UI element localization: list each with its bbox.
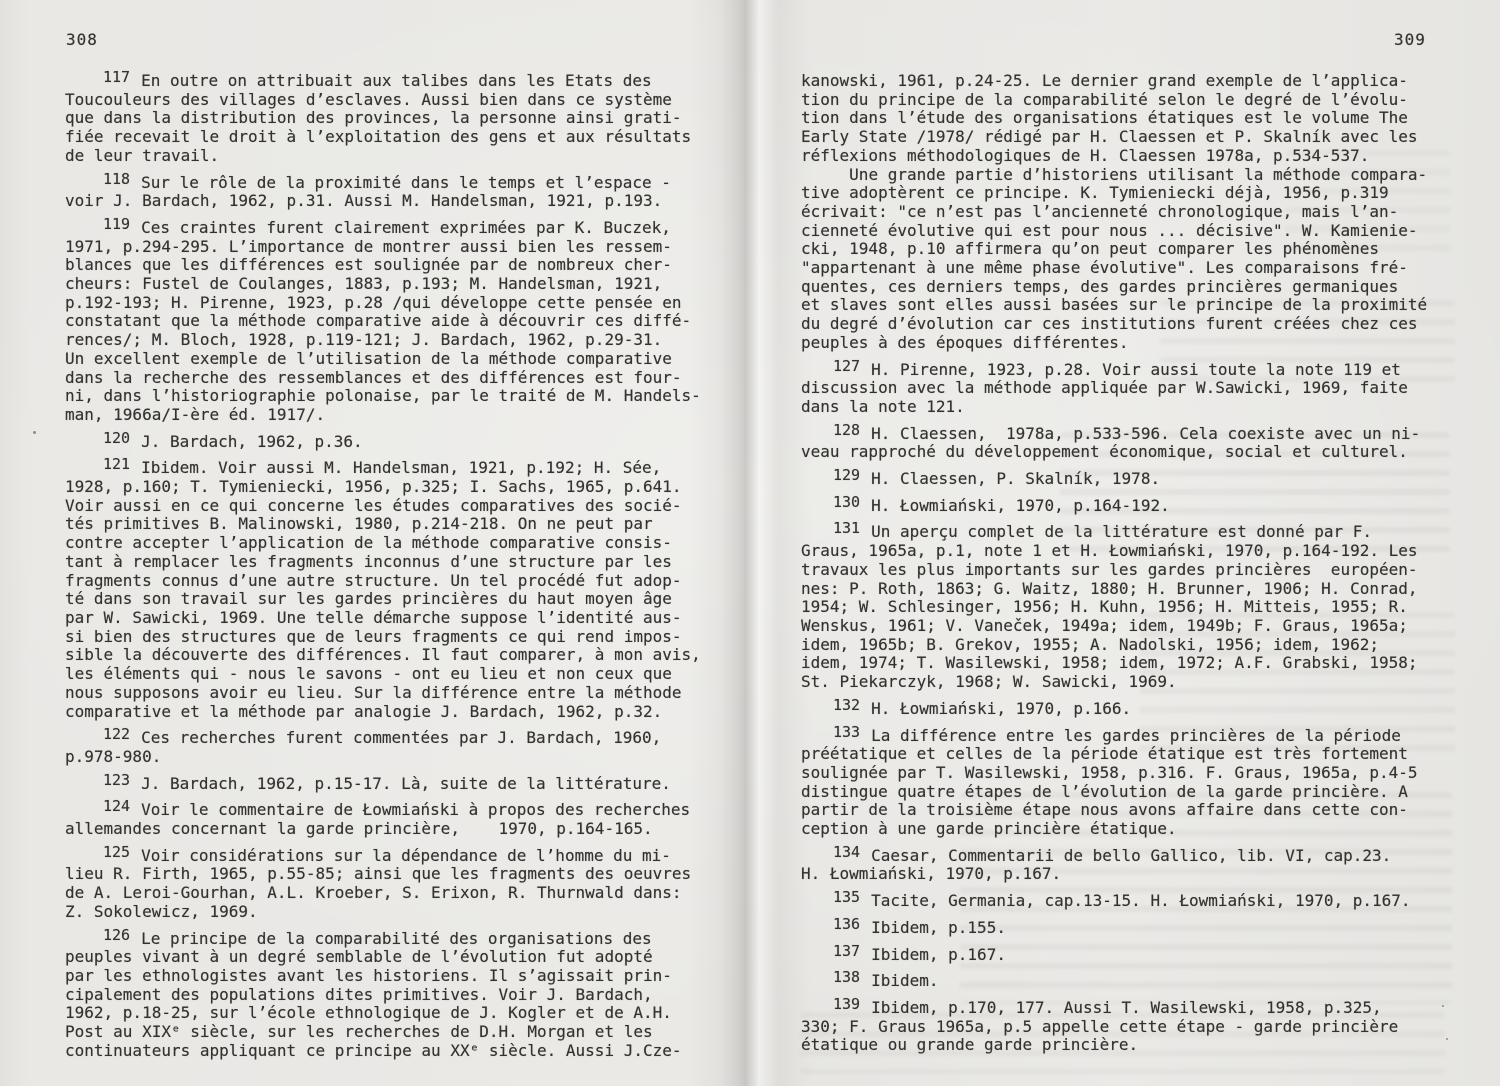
footnote-text: Ibidem, p.167. xyxy=(871,945,1006,964)
footnote-text: H. Claessen, P. Skalník, 1978. xyxy=(871,469,1160,488)
page-number-left: 308 xyxy=(66,30,98,49)
footnote-text: Ibidem. Voir aussi M. Handelsman, 1921, … xyxy=(65,458,701,720)
footnote-text: Voir le commentaire de Łowmiański à prop… xyxy=(65,800,690,838)
footnote-133: 133La différence entre les gardes princi… xyxy=(801,727,1461,839)
footnote-131: 131Un aperçu complet de la littérature e… xyxy=(801,523,1461,691)
footnote-118: 118Sur le rôle de la proximité dans le t… xyxy=(65,174,745,211)
footnote-138: 138Ibidem. xyxy=(801,972,1461,991)
footnote-127: 127H. Pirenne, 1923, p.28. Voir aussi to… xyxy=(801,361,1461,417)
footnote-139: 139Ibidem, p.170, 177. Aussi T. Wasilews… xyxy=(801,999,1461,1055)
footnote-number: 136 xyxy=(833,915,860,934)
footnote-number: 127 xyxy=(833,357,860,376)
footnote-number: 118 xyxy=(103,170,130,189)
footnotes-column-right: kanowski, 1961, p.24-25. Le dernier gran… xyxy=(801,72,1461,1055)
footnote-number: 124 xyxy=(103,797,130,816)
footnote-text: J. Bardach, 1962, p.36. xyxy=(141,432,363,451)
footnote-121: 121Ibidem. Voir aussi M. Handelsman, 192… xyxy=(65,459,745,721)
footnote-130: 130H. Łowmiański, 1970, p.164-192. xyxy=(801,497,1461,516)
footnote-125: 125Voir considérations sur la dépendance… xyxy=(65,847,745,922)
footnote-number: 139 xyxy=(833,995,860,1014)
footnote-number: 134 xyxy=(833,843,860,862)
footnote-136: 136Ibidem, p.155. xyxy=(801,919,1461,938)
footnote-number: 132 xyxy=(833,696,860,715)
footnote-number: 123 xyxy=(103,771,130,790)
footnote-122: 122Ces recherches furent commentées par … xyxy=(65,729,745,766)
footnote-text: La différence entre les gardes princière… xyxy=(801,726,1418,839)
footnote-text: Une grande partie d’historiens utilisant… xyxy=(801,165,1427,352)
footnote-123: 123J. Bardach, 1962, p.15-17. Là, suite … xyxy=(65,775,745,794)
footnote-text: H. Łowmiański, 1970, p.164-192. xyxy=(871,496,1170,515)
footnote-134: 134Caesar, Commentarii de bello Gallico,… xyxy=(801,847,1461,884)
footnote-number: 126 xyxy=(103,926,130,945)
footnote-number: 133 xyxy=(833,723,860,742)
footnote-text: Caesar, Commentarii de bello Gallico, li… xyxy=(801,846,1391,884)
footnote-number: 135 xyxy=(833,888,860,907)
footnote-number: 128 xyxy=(833,421,860,440)
footnote-number: 120 xyxy=(103,429,130,448)
footnote-number: 138 xyxy=(833,968,860,987)
footnotes-column-left: 117En outre on attribuait aux talibes da… xyxy=(65,72,745,1060)
footnote-text: H. Pirenne, 1923, p.28. Voir aussi toute… xyxy=(801,360,1408,416)
footnote-text: Ibidem, p.155. xyxy=(871,918,1006,937)
footnote-text: kanowski, 1961, p.24-25. Le dernier gran… xyxy=(801,71,1418,165)
footnote-text: Un aperçu complet de la littérature est … xyxy=(801,522,1418,691)
footnote-number: 130 xyxy=(833,493,860,512)
footnote-135: 135Tacite, Germania, cap.13-15. H. Łowmi… xyxy=(801,892,1461,911)
footnote-number: 131 xyxy=(833,519,860,538)
footnote-text: Sur le rôle de la proximité dans le temp… xyxy=(65,173,671,211)
footnote-text: H. Claessen, 1978a, p.533-596. Cela coex… xyxy=(801,424,1420,462)
footnote-text: Tacite, Germania, cap.13-15. H. Łowmiańs… xyxy=(871,891,1410,910)
footnote-text: Ces recherches furent commentées par J. … xyxy=(65,728,661,766)
text-paragraph: Une grande partie d’historiens utilisant… xyxy=(801,166,1461,353)
footnote-119: 119Ces craintes furent clairement exprim… xyxy=(65,219,745,425)
footnote-128: 128H. Claessen, 1978a, p.533-596. Cela c… xyxy=(801,425,1461,462)
footnote-text: J. Bardach, 1962, p.15-17. Là, suite de … xyxy=(141,774,671,793)
text-paragraph: kanowski, 1961, p.24-25. Le dernier gran… xyxy=(801,72,1461,166)
footnote-text: Ces craintes furent clairement exprimées… xyxy=(65,218,701,424)
footnote-124: 124Voir le commentaire de Łowmiański à p… xyxy=(65,801,745,838)
footnote-number: 121 xyxy=(103,455,130,474)
footnote-120: 120J. Bardach, 1962, p.36. xyxy=(65,433,745,452)
footnote-number: 125 xyxy=(103,843,130,862)
footnote-text: Ibidem, p.170, 177. Aussi T. Wasilewski,… xyxy=(801,998,1398,1054)
footnote-117: 117En outre on attribuait aux talibes da… xyxy=(65,72,745,166)
footnote-number: 117 xyxy=(103,68,130,87)
footnote-137: 137Ibidem, p.167. xyxy=(801,946,1461,965)
footnote-number: 119 xyxy=(103,215,130,234)
footnote-text: Voir considérations sur la dépendance de… xyxy=(65,846,691,921)
footnote-129: 129H. Claessen, P. Skalník, 1978. xyxy=(801,470,1461,489)
dust-speck xyxy=(33,431,36,434)
footnote-132: 132H. Łowmiański, 1970, p.166. xyxy=(801,700,1461,719)
page-number-right: 309 xyxy=(1394,30,1426,49)
footnote-number: 129 xyxy=(833,466,860,485)
footnote-number: 137 xyxy=(833,942,860,961)
book-spread: 308 117En outre on attribuait aux talibe… xyxy=(0,0,1500,1086)
footnote-number: 122 xyxy=(103,725,130,744)
footnote-text: Le principe de la comparabilité des orga… xyxy=(65,929,682,1060)
footnote-text: H. Łowmiański, 1970, p.166. xyxy=(871,699,1131,718)
footnote-text: En outre on attribuait aux talibes dans … xyxy=(65,71,691,165)
footnote-126: 126Le principe de la comparabilité des o… xyxy=(65,930,745,1061)
footnote-text: Ibidem. xyxy=(871,971,938,990)
